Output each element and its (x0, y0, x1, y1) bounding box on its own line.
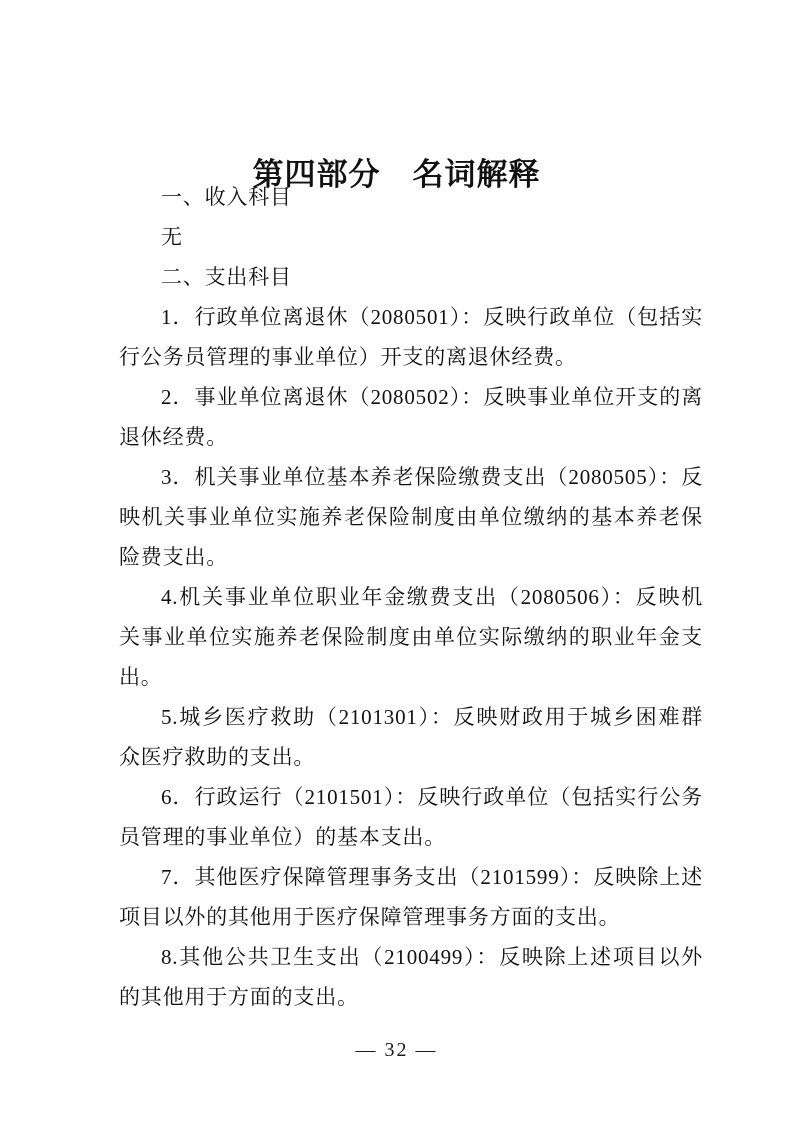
page-number: — 32 — (0, 1036, 793, 1064)
paragraph: 8.其他公共卫生支出（2100499）：反映除上述项目以外的其他用于方面的支出。 (119, 937, 703, 1017)
paragraph: 无 (119, 217, 703, 257)
paragraph: 3．机关事业单位基本养老保险缴费支出（2080505）：反映机关事业单位实施养老… (119, 457, 703, 577)
paragraph: 7．其他医疗保障管理事务支出（2101599）：反映除上述项目以外的其他用于医疗… (119, 857, 703, 937)
section-heading: 一、收入科目 (119, 177, 703, 217)
paragraph: 5.城乡医疗救助（2101301）：反映财政用于城乡困难群众医疗救助的支出。 (119, 697, 703, 777)
document-page: 第四部分 名词解释 一、收入科目无二、支出科目1．行政单位离退休（2080501… (0, 0, 793, 1122)
paragraph: 1．行政单位离退休（2080501）：反映行政单位（包括实行公务员管理的事业单位… (119, 297, 703, 377)
section-heading: 二、支出科目 (119, 257, 703, 297)
paragraph: 2．事业单位离退休（2080502）：反映事业单位开支的离退休经费。 (119, 377, 703, 457)
paragraph: 4.机关事业单位职业年金缴费支出（2080506）：反映机关事业单位实施养老保险… (119, 577, 703, 697)
document-body: 一、收入科目无二、支出科目1．行政单位离退休（2080501）：反映行政单位（包… (119, 177, 703, 1017)
paragraph: 6．行政运行（2101501）：反映行政单位（包括实行公务员管理的事业单位）的基… (119, 777, 703, 857)
